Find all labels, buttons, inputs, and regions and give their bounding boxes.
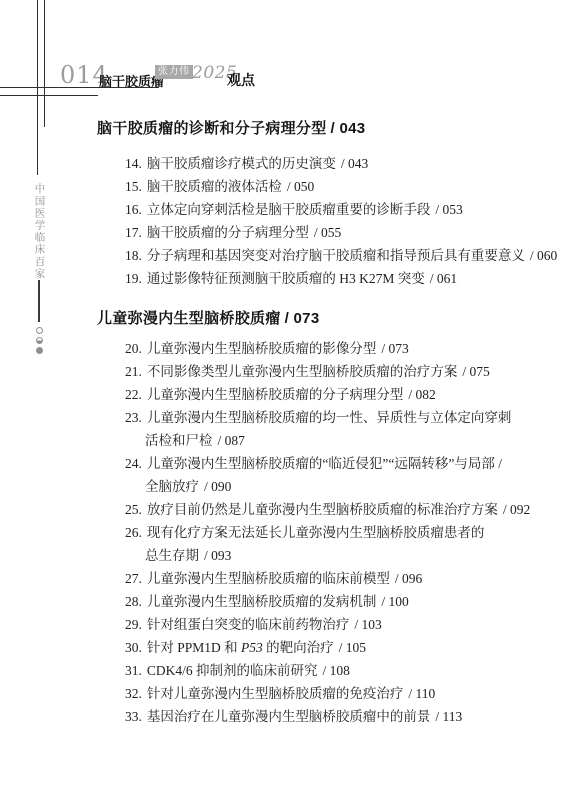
item-title: 立体定向穿刺活检是脑干胶质瘤重要的诊断手段: [147, 202, 431, 217]
item-title-continued: 全脑放疗: [145, 479, 199, 494]
item-page: / 082: [408, 387, 435, 402]
item-number: 23.: [125, 410, 142, 425]
item-title: 儿童弥漫内生型脑桥胶质瘤的发病机制: [147, 594, 377, 609]
item-page: / 092: [503, 502, 530, 517]
item-number: 20.: [125, 341, 142, 356]
spine-line-segment: [38, 280, 39, 322]
item-number: 22.: [125, 387, 142, 402]
item-page: / 090: [204, 479, 231, 494]
item-page: / 060: [530, 248, 557, 263]
toc-item-19: 19.通过影像特征预测脑干胶质瘤的 H3 K27M 突变/ 061: [125, 267, 553, 290]
toc-item-18: 18.分子病理和基因突变对治疗脑干胶质瘤和指导预后具有重要意义/ 060: [125, 244, 553, 267]
item-number: 33.: [125, 709, 142, 724]
toc-item-16: 16.立体定向穿刺活检是脑干胶质瘤重要的诊断手段/ 053: [125, 198, 553, 221]
item-title-post: 的靶向治疗: [263, 640, 334, 655]
item-title: 脑干胶质瘤的分子病理分型: [147, 225, 309, 240]
crop-mark-horizontal: [0, 95, 98, 96]
item-title: 不同影像类型儿童弥漫内生型脑桥胶质瘤的治疗方案: [147, 364, 458, 379]
section-title-text: 脑干胶质瘤的诊断和分子病理分型: [97, 120, 327, 137]
volume-dot-empty-icon: [36, 327, 43, 334]
toc-item-21: 21.不同影像类型儿童弥漫内生型脑桥胶质瘤的治疗方案/ 075: [125, 360, 553, 383]
viewpoint-label: 观点: [227, 70, 255, 90]
item-number: 31.: [125, 663, 142, 678]
section-title: 脑干胶质瘤的诊断和分子病理分型/ 043: [97, 117, 553, 138]
toc-item-17: 17.脑干胶质瘤的分子病理分型/ 055: [125, 221, 553, 244]
toc-item-26: 26.现有化疗方案无法延长儿童弥漫内生型脑桥胶质瘤患者的 总生存期/ 093: [125, 521, 553, 567]
gene-name-italic: P53: [241, 640, 263, 655]
toc-item-22: 22.儿童弥漫内生型脑桥胶质瘤的分子病理分型/ 082: [125, 383, 553, 406]
table-of-contents: 脑干胶质瘤的诊断和分子病理分型/ 043 14.脑干胶质瘤诊疗模式的历史演变/ …: [97, 117, 553, 728]
section-title-text: 儿童弥漫内生型脑桥胶质瘤: [97, 310, 281, 327]
item-title: 儿童弥漫内生型脑桥胶质瘤的均一性、异质性与立体定向穿刺: [147, 410, 512, 425]
item-page: / 087: [218, 433, 245, 448]
item-number: 14.: [125, 156, 142, 171]
book-toc-page: { "header": { "page_number": "014", "boo…: [0, 0, 576, 812]
item-number: 15.: [125, 179, 142, 194]
item-title: 针对 PPM1D 和 P53 的靶向治疗: [147, 640, 334, 655]
item-page: / 073: [381, 341, 408, 356]
toc-item-25: 25.放疗目前仍然是儿童弥漫内生型脑桥胶质瘤的标准治疗方案/ 092: [125, 498, 553, 521]
item-title: 现有化疗方案无法延长儿童弥漫内生型脑桥胶质瘤患者的: [147, 525, 485, 540]
section-page: / 073: [285, 310, 320, 327]
item-title: 儿童弥漫内生型脑桥胶质瘤的“临近侵犯”“远隔转移”与局部 /: [147, 456, 502, 471]
item-page: / 103: [354, 617, 381, 632]
toc-item-29: 29.针对组蛋白突变的临床前药物治疗/ 103: [125, 613, 553, 636]
toc-item-33: 33.基因治疗在儿童弥漫内生型脑桥胶质瘤中的前景/ 113: [125, 705, 553, 728]
item-page: / 093: [204, 548, 231, 563]
item-number: 18.: [125, 248, 142, 263]
toc-item-32: 32.针对儿童弥漫内生型脑桥胶质瘤的免疫治疗/ 110: [125, 682, 553, 705]
item-page: / 043: [341, 156, 368, 171]
item-page: / 050: [287, 179, 314, 194]
author-badge: 张力伟: [155, 65, 193, 79]
item-title: 分子病理和基因突变对治疗脑干胶质瘤和指导预后具有重要意义: [147, 248, 525, 263]
item-title: 儿童弥漫内生型脑桥胶质瘤的临床前模型: [147, 571, 390, 586]
item-number: 16.: [125, 202, 142, 217]
item-number: 28.: [125, 594, 142, 609]
item-title-continued: 总生存期: [145, 548, 199, 563]
item-page: / 096: [395, 571, 422, 586]
toc-item-28: 28.儿童弥漫内生型脑桥胶质瘤的发病机制/ 100: [125, 590, 553, 613]
item-title: 脑干胶质瘤诊疗模式的历史演变: [147, 156, 336, 171]
item-title: 脑干胶质瘤的液体活检: [147, 179, 282, 194]
item-number: 29.: [125, 617, 142, 632]
crop-mark-vertical-inner: [44, 0, 45, 127]
toc-item-15: 15.脑干胶质瘤的液体活检/ 050: [125, 175, 553, 198]
item-title: 基因治疗在儿童弥漫内生型脑桥胶质瘤中的前景: [147, 709, 431, 724]
toc-item-27: 27.儿童弥漫内生型脑桥胶质瘤的临床前模型/ 096: [125, 567, 553, 590]
toc-item-30: 30.针对 PPM1D 和 P53 的靶向治疗/ 105: [125, 636, 553, 659]
item-number: 26.: [125, 525, 142, 540]
item-title: 通过影像特征预测脑干胶质瘤的 H3 K27M 突变: [147, 271, 425, 286]
toc-item-20: 20.儿童弥漫内生型脑桥胶质瘤的影像分型/ 073: [125, 337, 553, 360]
toc-item-24: 24.儿童弥漫内生型脑桥胶质瘤的“临近侵犯”“远隔转移”与局部 / 全脑放疗/ …: [125, 452, 553, 498]
item-page: / 100: [381, 594, 408, 609]
section-page: / 043: [331, 120, 366, 137]
item-title: 儿童弥漫内生型脑桥胶质瘤的影像分型: [147, 341, 377, 356]
item-page: / 105: [339, 640, 366, 655]
item-number: 32.: [125, 686, 142, 701]
toc-item-14: 14.脑干胶质瘤诊疗模式的历史演变/ 043: [125, 152, 553, 175]
item-title: 儿童弥漫内生型脑桥胶质瘤的分子病理分型: [147, 387, 404, 402]
item-number: 30.: [125, 640, 142, 655]
toc-section-diagnosis: 脑干胶质瘤的诊断和分子病理分型/ 043 14.脑干胶质瘤诊疗模式的历史演变/ …: [97, 117, 553, 290]
item-page: / 113: [435, 709, 462, 724]
item-title: 针对儿童弥漫内生型脑桥胶质瘤的免疫治疗: [147, 686, 404, 701]
item-page: / 053: [435, 202, 462, 217]
item-title-continued: 活检和尸检: [145, 433, 213, 448]
item-page: / 108: [323, 663, 350, 678]
item-title: 放疗目前仍然是儿童弥漫内生型脑桥胶质瘤的标准治疗方案: [147, 502, 498, 517]
item-number: 17.: [125, 225, 142, 240]
item-page: / 110: [408, 686, 435, 701]
item-number: 27.: [125, 571, 142, 586]
toc-item-23: 23.儿童弥漫内生型脑桥胶质瘤的均一性、异质性与立体定向穿刺 活检和尸检/ 08…: [125, 406, 553, 452]
item-title: CDK4/6 抑制剂的临床前研究: [147, 663, 318, 678]
item-number: 24.: [125, 456, 142, 471]
section-title: 儿童弥漫内生型脑桥胶质瘤/ 073: [97, 307, 553, 328]
toc-item-31: 31.CDK4/6 抑制剂的临床前研究/ 108: [125, 659, 553, 682]
item-page: / 075: [462, 364, 489, 379]
item-number: 21.: [125, 364, 142, 379]
item-page: / 055: [314, 225, 341, 240]
item-page: / 061: [430, 271, 457, 286]
series-title-vertical: 中国医学临床百家: [33, 183, 48, 280]
item-number: 25.: [125, 502, 142, 517]
volume-dot-half-icon: [36, 337, 43, 344]
item-title: 针对组蛋白突变的临床前药物治疗: [147, 617, 350, 632]
toc-section-dipg: 儿童弥漫内生型脑桥胶质瘤/ 073 20.儿童弥漫内生型脑桥胶质瘤的影像分型/ …: [97, 307, 553, 728]
item-number: 19.: [125, 271, 142, 286]
item-title-pre: 针对 PPM1D 和: [147, 640, 241, 655]
volume-dot-full-icon: [36, 347, 43, 354]
